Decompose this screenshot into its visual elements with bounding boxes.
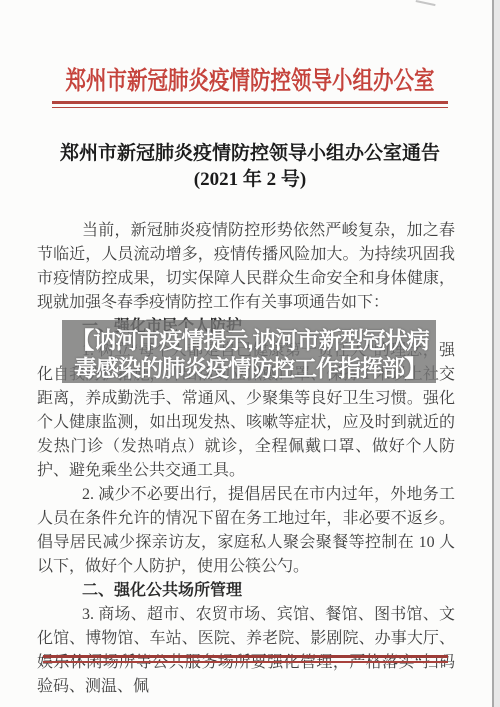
- paragraph-travel-reduction: 2. 减少不必要出行，提倡居民在市内过年，外地务工人员在条件允许的情况下留在务工…: [37, 483, 455, 579]
- letterhead-text: 郑州市新冠肺炎疫情防控领导小组办公室: [65, 66, 434, 98]
- paragraph-public-places: 3. 商场、超市、农贸市场、宾馆、餐馆、图书馆、文化馆、博物馆、车站、医院、养老…: [37, 603, 455, 699]
- bottom-double-rule: [43, 655, 448, 663]
- document-page: 郑州市新冠肺炎疫情防控领导小组办公室 郑州市新冠肺炎疫情防控领导小组办公室通告 …: [0, 0, 500, 707]
- notice-title-line1: 郑州市新冠肺炎疫情防控领导小组办公室通告: [20, 141, 480, 167]
- paragraph-current-situation: 当前，新冠肺炎疫情防控形势依然严峻复杂，加之春节临近，人员流动增多，疫情传播风险…: [37, 219, 455, 315]
- letterhead-title: 郑州市新冠肺炎疫情防控领导小组办公室: [0, 66, 500, 98]
- notice-issue-number: (2021 年 2 号): [20, 167, 480, 193]
- watermark-caption-line1: 【讷河市疫情提示,讷河市新型冠状病: [0, 326, 500, 354]
- section-heading-public-places: 二、强化公共场所管理: [37, 579, 455, 603]
- watermark-caption: 【讷河市疫情提示,讷河市新型冠状病 毒感染的肺炎疫情防控工作指挥部】: [0, 326, 500, 382]
- watermark-caption-line2: 毒感染的肺炎疫情防控工作指挥部】: [0, 354, 500, 382]
- notice-title: 郑州市新冠肺炎疫情防控领导小组办公室通告 (2021 年 2 号): [20, 141, 480, 193]
- letterhead-double-rule: [52, 101, 448, 108]
- page-edge-background: [494, 0, 500, 707]
- notice-body: 当前，新冠肺炎疫情防控形势依然严峻复杂，加之春节临近，人员流动增多，疫情传播风险…: [37, 219, 455, 699]
- page-edge-top-mark: [416, 0, 436, 6]
